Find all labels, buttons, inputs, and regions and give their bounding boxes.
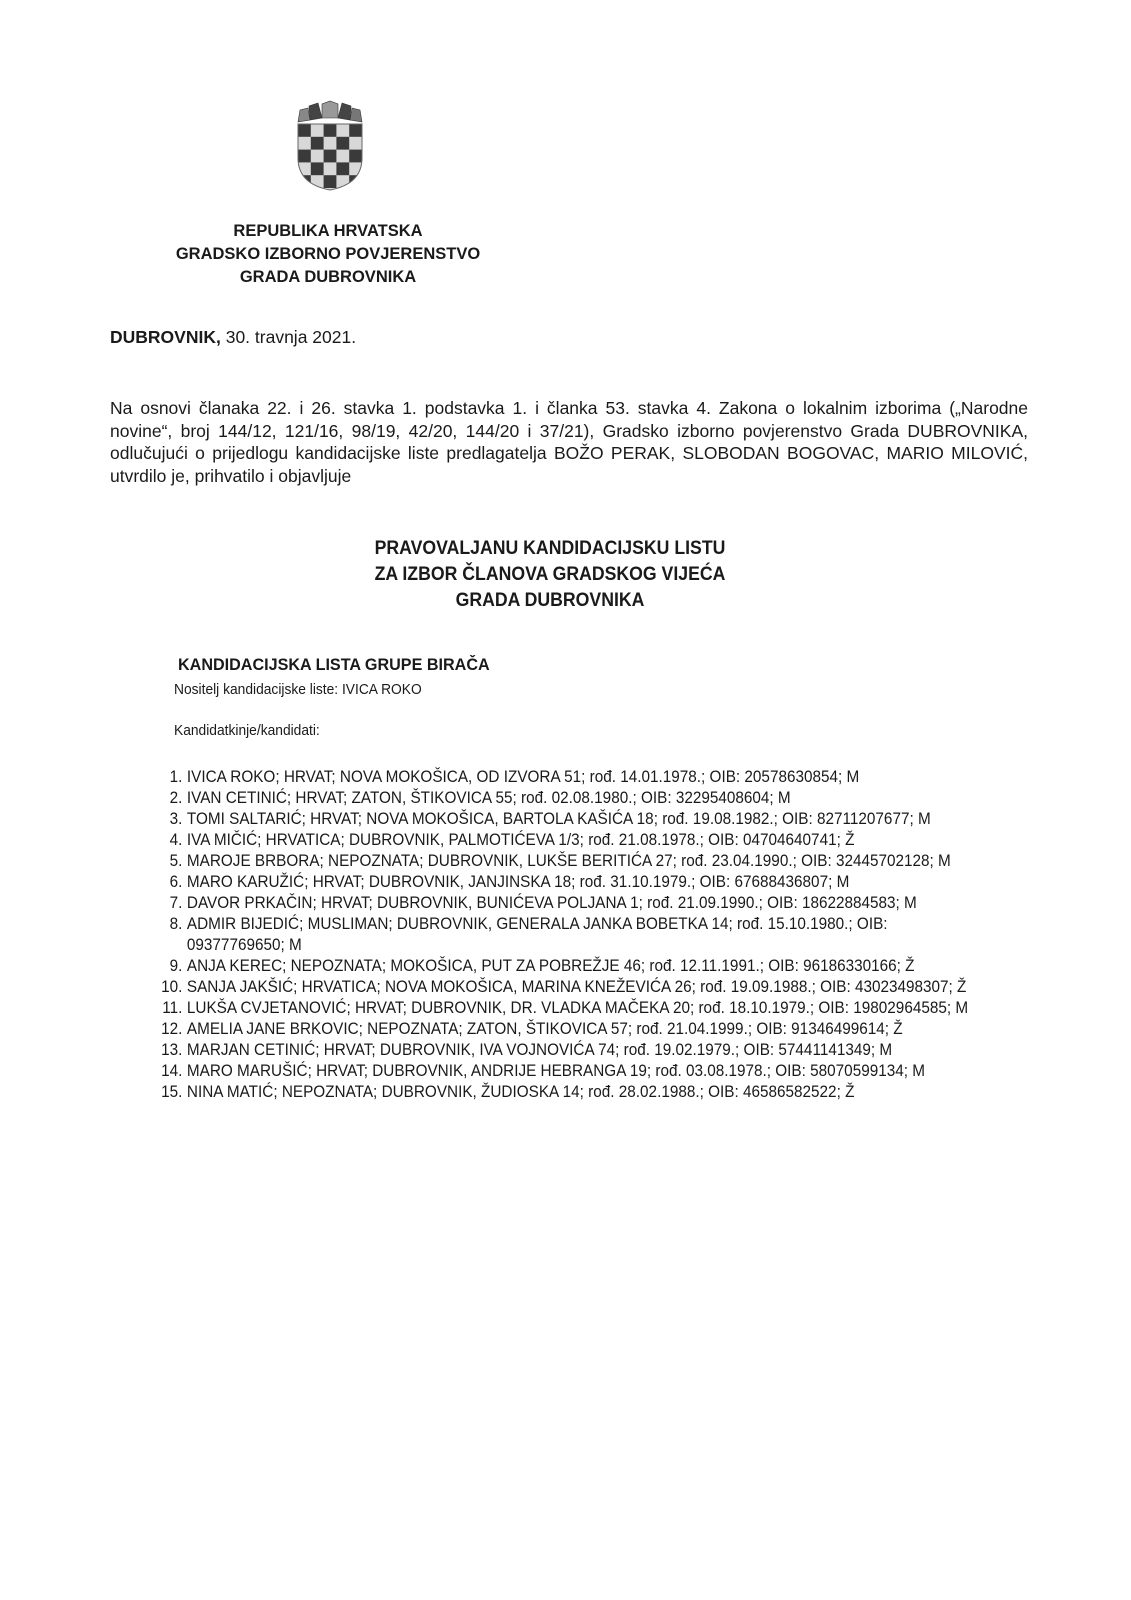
croatian-coat-of-arms-icon (292, 100, 368, 192)
candidate-item: 9.ANJA KEREC; NEPOZNATA; MOKOŠICA, PUT Z… (150, 955, 1014, 976)
document-date: DUBROVNIK, 30. travnja 2021. (110, 327, 356, 348)
candidate-number: 14. (150, 1060, 187, 1081)
candidate-item: 11.LUKŠA CVJETANOVIĆ; HRVAT; DUBROVNIK, … (150, 997, 1014, 1018)
candidate-item: 1.IVICA ROKO; HRVAT; NOVA MOKOŠICA, OD I… (150, 766, 1014, 787)
candidate-number: 1. (150, 766, 187, 787)
candidate-number: 7. (150, 892, 187, 913)
candidate-details: IVA MIČIĆ; HRVATICA; DUBROVNIK, PALMOTIĆ… (187, 829, 979, 850)
candidate-details: IVAN CETINIĆ; HRVAT; ZATON, ŠTIKOVICA 55… (187, 787, 979, 808)
candidate-details: TOMI SALTARIĆ; HRVAT; NOVA MOKOŠICA, BAR… (187, 808, 979, 829)
candidate-item: 13.MARJAN CETINIĆ; HRVAT; DUBROVNIK, IVA… (150, 1039, 1014, 1060)
candidate-item: 10.SANJA JAKŠIĆ; HRVATICA; NOVA MOKOŠICA… (150, 976, 1014, 997)
candidate-item: 7.DAVOR PRKAČIN; HRVAT; DUBROVNIK, BUNIĆ… (150, 892, 1014, 913)
date-place: DUBROVNIK, (110, 327, 221, 347)
candidate-details: SANJA JAKŠIĆ; HRVATICA; NOVA MOKOŠICA, M… (187, 976, 979, 997)
candidate-item: 6.MARO KARUŽIĆ; HRVAT; DUBROVNIK, JANJIN… (150, 871, 1014, 892)
candidate-item: 14.MARO MARUŠIĆ; HRVAT; DUBROVNIK, ANDRI… (150, 1060, 1014, 1081)
candidate-number: 6. (150, 871, 187, 892)
candidate-item: 8.ADMIR BIJEDIĆ; MUSLIMAN; DUBROVNIK, GE… (150, 913, 1014, 955)
issuer-header: REPUBLIKA HRVATSKA GRADSKO IZBORNO POVJE… (118, 220, 538, 289)
title-line-2: ZA IZBOR ČLANOVA GRADSKOG VIJEĆA (290, 562, 811, 588)
candidate-number: 10. (150, 976, 187, 997)
candidate-details: DAVOR PRKAČIN; HRVAT; DUBROVNIK, BUNIĆEV… (187, 892, 979, 913)
list-heading: KANDIDACIJSKA LISTA GRUPE BIRAČA (178, 655, 490, 675)
document-title: PRAVOVALJANU KANDIDACIJSKU LISTU ZA IZBO… (290, 536, 811, 614)
candidate-number: 3. (150, 808, 187, 829)
candidate-details: ANJA KEREC; NEPOZNATA; MOKOŠICA, PUT ZA … (187, 955, 979, 976)
candidates-label: Kandidatkinje/kandidati: (174, 722, 320, 739)
candidate-item: 12.AMELIA JANE BRKOVIC; NEPOZNATA; ZATON… (150, 1018, 1014, 1039)
candidate-details: MARO KARUŽIĆ; HRVAT; DUBROVNIK, JANJINSK… (187, 871, 979, 892)
candidate-item: 15.NINA MATIĆ; NEPOZNATA; DUBROVNIK, ŽUD… (150, 1081, 1014, 1102)
title-line-1: PRAVOVALJANU KANDIDACIJSKU LISTU (290, 536, 811, 562)
candidate-details: LUKŠA CVJETANOVIĆ; HRVAT; DUBROVNIK, DR.… (187, 997, 979, 1018)
candidate-item: 5.MAROJE BRBORA; NEPOZNATA; DUBROVNIK, L… (150, 850, 1014, 871)
intro-paragraph: Na osnovi članaka 22. i 26. stavka 1. po… (110, 397, 1028, 487)
candidate-details: MARO MARUŠIĆ; HRVAT; DUBROVNIK, ANDRIJE … (187, 1060, 979, 1081)
date-value: 30. travnja 2021. (221, 327, 356, 347)
header-line-1: REPUBLIKA HRVATSKA (118, 220, 538, 243)
candidate-number: 2. (150, 787, 187, 808)
candidate-details: ADMIR BIJEDIĆ; MUSLIMAN; DUBROVNIK, GENE… (187, 913, 979, 955)
candidate-item: 4.IVA MIČIĆ; HRVATICA; DUBROVNIK, PALMOT… (150, 829, 1014, 850)
candidate-details: AMELIA JANE BRKOVIC; NEPOZNATA; ZATON, Š… (187, 1018, 979, 1039)
candidate-item: 3.TOMI SALTARIĆ; HRVAT; NOVA MOKOŠICA, B… (150, 808, 1014, 829)
header-line-3: GRADA DUBROVNIKA (118, 266, 538, 289)
title-line-3: GRADA DUBROVNIKA (290, 588, 811, 614)
candidates-list: 1.IVICA ROKO; HRVAT; NOVA MOKOŠICA, OD I… (150, 766, 1010, 1102)
candidate-number: 5. (150, 850, 187, 871)
candidate-details: IVICA ROKO; HRVAT; NOVA MOKOŠICA, OD IZV… (187, 766, 979, 787)
candidate-details: NINA MATIĆ; NEPOZNATA; DUBROVNIK, ŽUDIOS… (187, 1081, 979, 1102)
header-line-2: GRADSKO IZBORNO POVJERENSTVO (118, 243, 538, 266)
candidate-number: 12. (150, 1018, 187, 1039)
candidate-details: MARJAN CETINIĆ; HRVAT; DUBROVNIK, IVA VO… (187, 1039, 979, 1060)
candidate-number: 11. (150, 997, 187, 1018)
candidate-number: 15. (150, 1081, 187, 1102)
candidate-number: 4. (150, 829, 187, 850)
candidate-number: 9. (150, 955, 187, 976)
list-holder: Nositelj kandidacijske liste: IVICA ROKO (174, 681, 422, 698)
candidate-details: MAROJE BRBORA; NEPOZNATA; DUBROVNIK, LUK… (187, 850, 979, 871)
candidate-number: 8. (150, 913, 187, 955)
candidate-number: 13. (150, 1039, 187, 1060)
candidate-item: 2.IVAN CETINIĆ; HRVAT; ZATON, ŠTIKOVICA … (150, 787, 1014, 808)
